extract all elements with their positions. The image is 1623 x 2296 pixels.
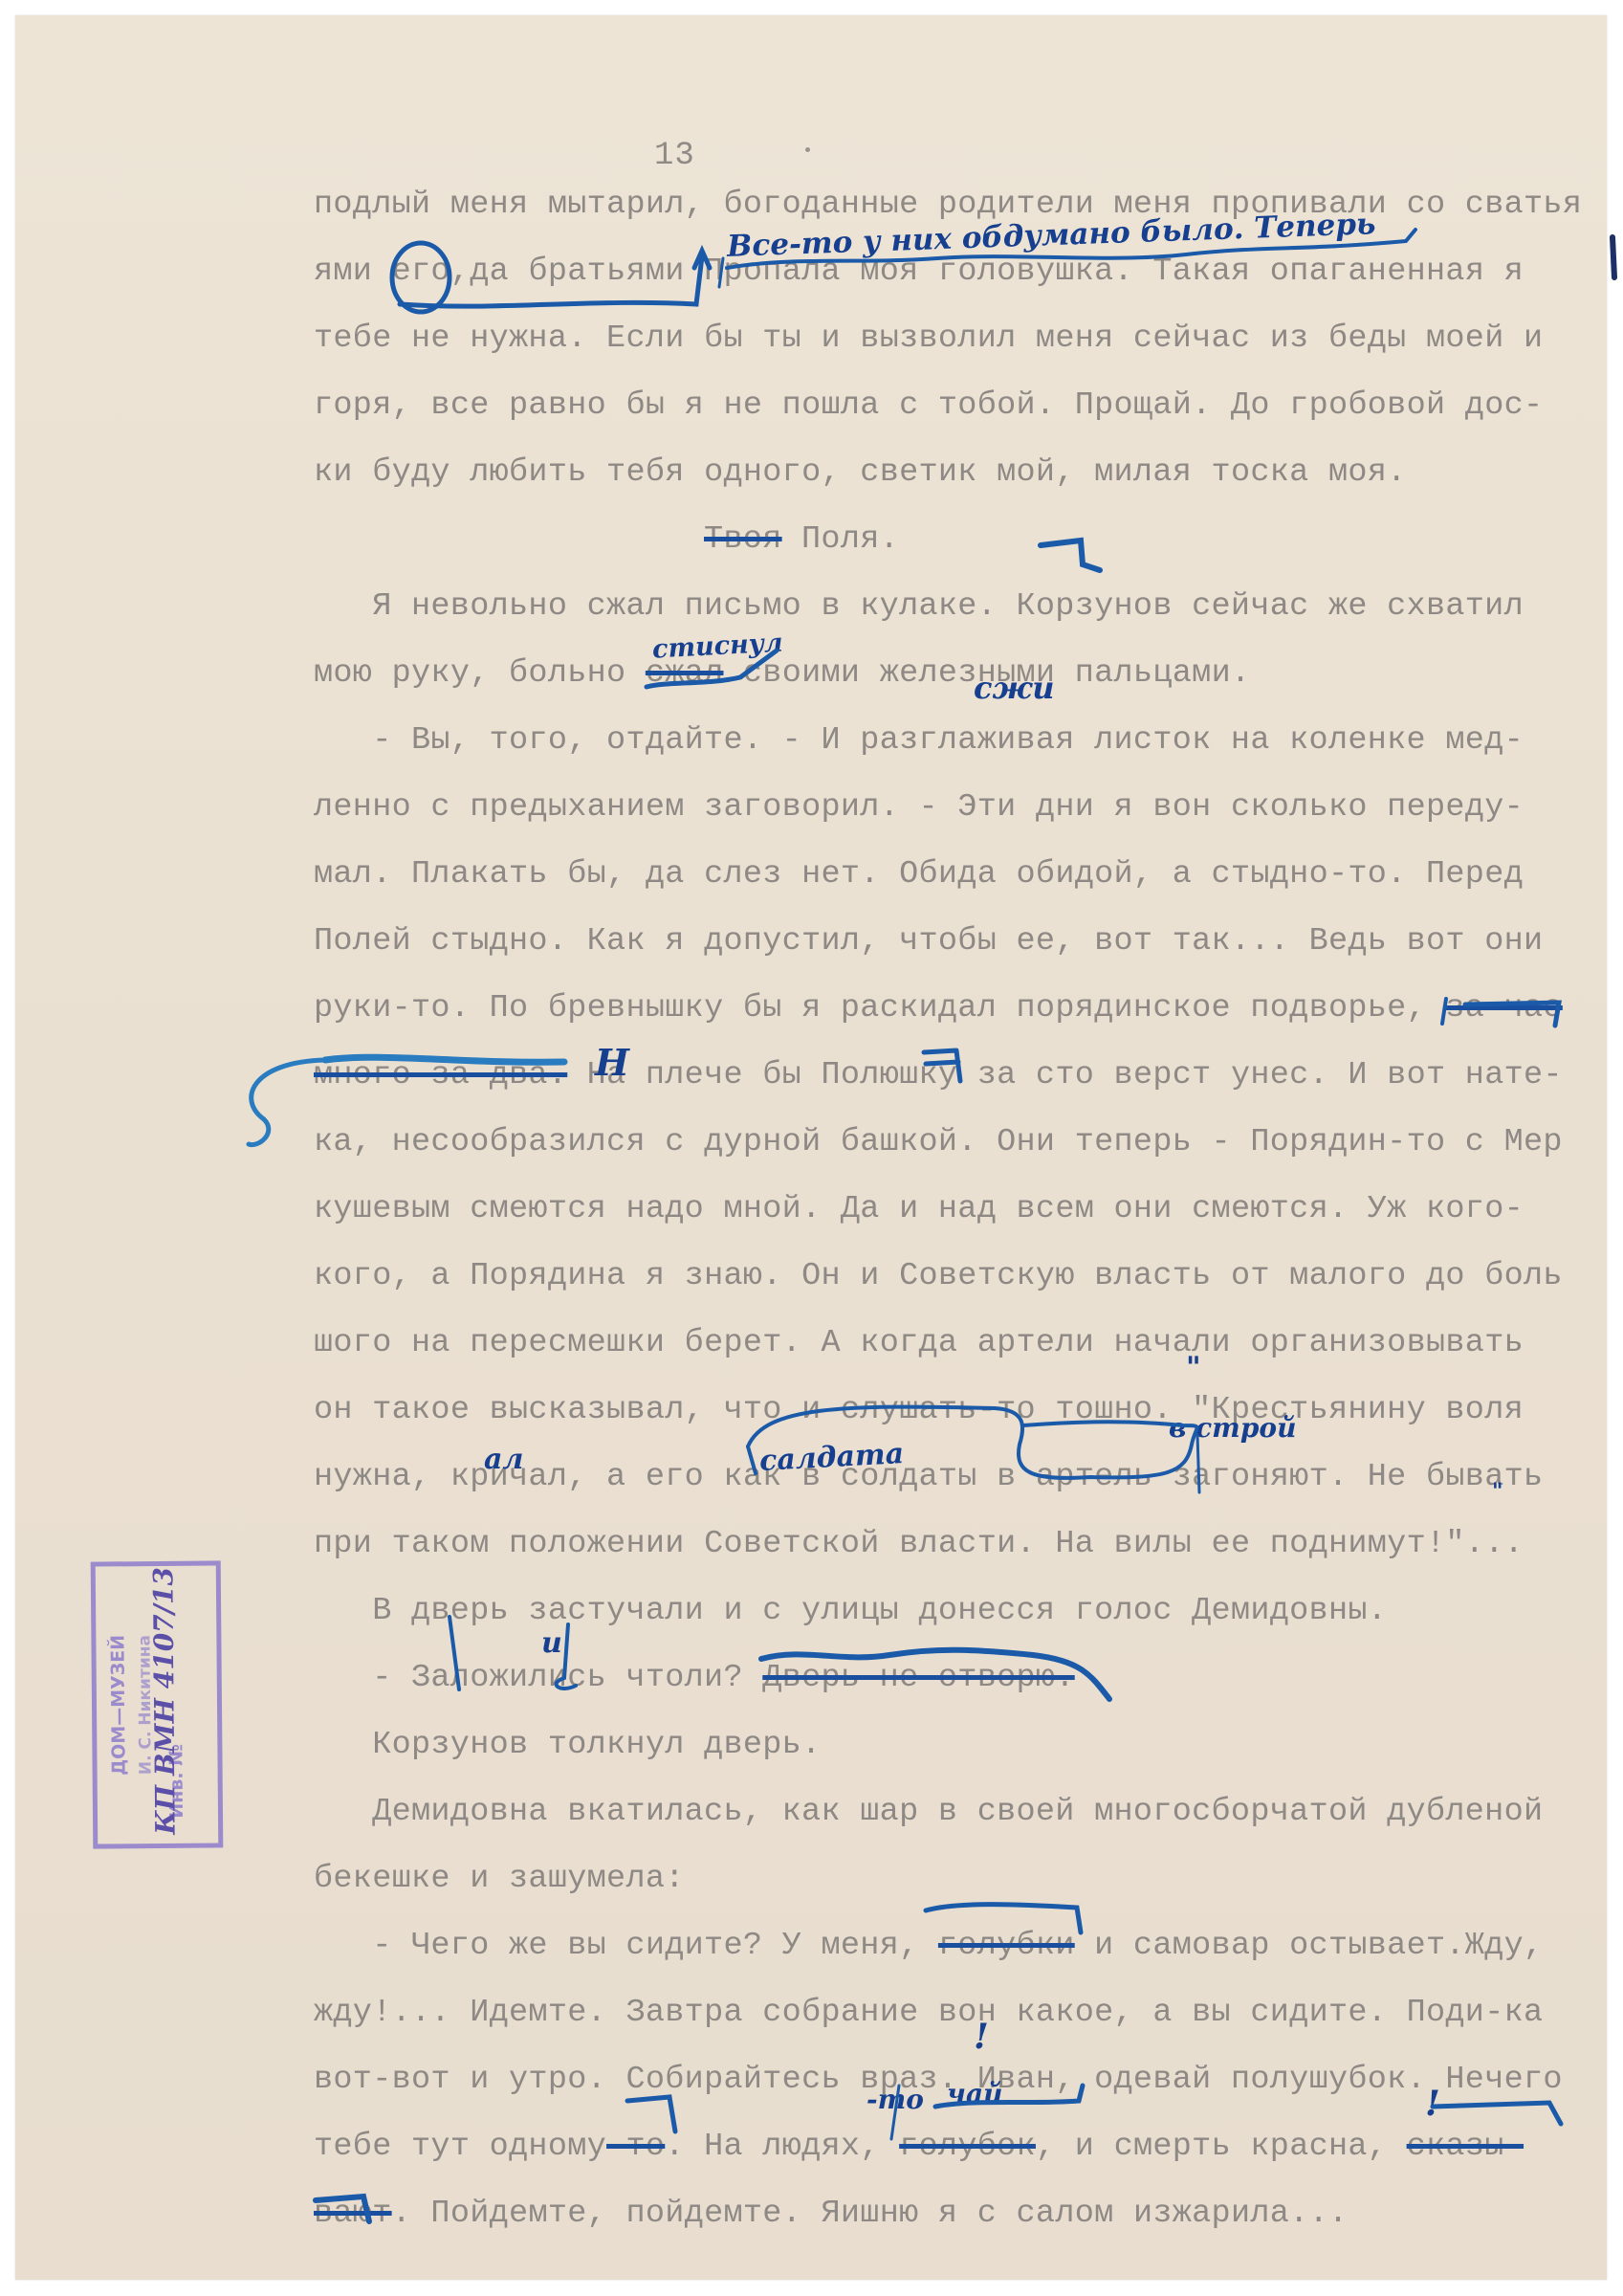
- typed-line: горя, все равно бы я не пошла с тобой. П…: [314, 390, 1543, 423]
- ink-speck: [805, 147, 810, 152]
- text-segment: кушевым смеются надо мной. Да и над всем…: [314, 1191, 1524, 1227]
- struck-text: голубки: [938, 1928, 1075, 1964]
- typed-line: подлый меня мытарил, богоданные родители…: [314, 189, 1582, 222]
- text-segment: тебе не нужна. Если бы ты и вызволил мен…: [314, 320, 1543, 357]
- typed-line: кушевым смеются надо мной. Да и над всем…: [314, 1194, 1524, 1226]
- text-segment: Демидовна вкатилась, как шар в своей мно…: [372, 1794, 1543, 1830]
- typed-line: кого, а Порядина я знаю. Он и Советскую …: [314, 1261, 1563, 1293]
- typed-line: ки буду любить тебя одного, светик мой, …: [314, 457, 1407, 490]
- text-segment: ями: [314, 254, 392, 290]
- handwritten-exclamation-1: !: [974, 2017, 989, 2057]
- handwritten-replacement-i: и: [541, 1626, 562, 1660]
- handwritten-insertion-chai: чай: [947, 2078, 1003, 2109]
- text-segment: шого на пересмешки берет. А когда артели…: [314, 1325, 1524, 1361]
- typed-line: - Заложились чтоли? Дверь не отворю.: [372, 1663, 1075, 1695]
- struck-text: Дверь не отворю.: [762, 1660, 1074, 1696]
- typed-line: тебе не нужна. Если бы ты и вызволил мен…: [314, 323, 1543, 356]
- text-segment: ки буду любить тебя одного, светик мой, …: [314, 454, 1407, 491]
- page-number: 13: [654, 138, 695, 174]
- text-segment: На плече бы Полюшку за сто верст унес. И…: [567, 1057, 1563, 1093]
- text-segment: - Вы, того, отдайте. - И разглаживая лис…: [372, 722, 1524, 759]
- text-segment: Корзунов толкнул дверь.: [372, 1727, 821, 1763]
- handwritten-insertion-v-stroi: в строй: [1169, 1412, 1296, 1444]
- struck-text: за час: [1445, 990, 1562, 1027]
- typed-line: В дверь застучали и с улицы донесся голо…: [372, 1596, 1387, 1628]
- typed-line: Я невольно сжал письмо в кулаке. Корзуно…: [372, 591, 1524, 624]
- handwritten-quote-close: ": [1492, 1479, 1502, 1504]
- typed-line: бекешке и зашумела:: [314, 1864, 685, 1896]
- typed-line: ка, несообразился с дурной башкой. Они т…: [314, 1127, 1563, 1159]
- typed-line: вают. Пойдемте, пойдемте. Яишню я с сало…: [314, 2198, 1348, 2231]
- text-segment: кого, а Порядина я знаю. Он и Советскую …: [314, 1258, 1563, 1294]
- typed-line: вот-вот и утро. Собирайтесь враз. Иван, …: [314, 2064, 1563, 2097]
- text-segment: он такое высказывал, что и слушать-то то…: [314, 1392, 1524, 1428]
- text-segment: - Заложились чтоли?: [372, 1660, 762, 1696]
- struck-text: сказы-: [1407, 2129, 1524, 2165]
- text-segment: . На людях,: [665, 2129, 899, 2165]
- text-segment: руки-то. По бревнышку бы я раскидал поря…: [314, 990, 1407, 1027]
- text-segment: Полей стыдно. Как я допустил, чтобы ее, …: [314, 923, 1543, 960]
- typed-line: руки-то. По бревнышку бы я раскидал поря…: [314, 993, 1563, 1026]
- handwritten-quote-open: ": [1186, 1351, 1201, 1384]
- text-segment: ,: [1407, 990, 1446, 1027]
- text-segment: мал. Плакать бы, да слез нет. Обида обид…: [314, 856, 1524, 893]
- circled-text: его: [392, 254, 450, 290]
- stamp-inventory-number: КП ВМН 4107/13: [147, 1567, 181, 1835]
- typed-line: жду!... Идемте. Завтра собрание вон како…: [314, 1998, 1543, 2030]
- text-segment: ,да братьями: [450, 254, 685, 290]
- handwritten-exclamation-2: !: [1425, 2084, 1440, 2124]
- text-segment: В дверь застучали и с улицы донесся голо…: [372, 1593, 1387, 1629]
- text-segment: мою руку, больно: [314, 655, 646, 692]
- text-segment: бекешке и зашумела:: [314, 1861, 685, 1897]
- handwritten-insertion-al: ал: [484, 1443, 523, 1476]
- typed-line: - Вы, того, отдайте. - И разглаживая лис…: [372, 725, 1524, 758]
- text-segment: . Пойдемте, пойдемте. Яишню я с салом из…: [392, 2196, 1349, 2232]
- struck-text: голубок: [899, 2129, 1036, 2165]
- typed-line: ями его,да братьями Пропала моя головушк…: [314, 256, 1524, 289]
- text-segment: - Чего же вы сидите? У меня,: [372, 1928, 938, 1964]
- typed-line: Корзунов толкнул дверь.: [372, 1730, 821, 1762]
- typed-line: мал. Плакать бы, да слез нет. Обида обид…: [314, 859, 1524, 892]
- handwritten-insertion-szhi: сжи: [974, 670, 1055, 706]
- text-segment: жду!... Идемте. Завтра собрание вон како…: [314, 1995, 1543, 2031]
- typed-line: Твоя Поля.: [704, 524, 899, 557]
- struck-text: вают: [314, 2196, 392, 2232]
- typed-line: много за два. На плече бы Полюшку за сто…: [314, 1060, 1563, 1093]
- text-segment: горя, все равно бы я не пошла с тобой. П…: [314, 387, 1543, 424]
- text-segment: ка, несообразился с дурной башкой. Они т…: [314, 1124, 1563, 1160]
- typed-line: он такое высказывал, что и слушать-то то…: [314, 1395, 1524, 1427]
- typed-line: - Чего же вы сидите? У меня, голубки и с…: [372, 1931, 1543, 1963]
- text-segment: Поля.: [782, 521, 899, 558]
- stamp-museum-label: ДОМ—МУЗЕЙ: [107, 1635, 129, 1776]
- handwritten-insertion-to: -то: [866, 2084, 924, 2115]
- struck-text: Твоя: [704, 521, 782, 558]
- typed-line: шого на пересмешки берет. А когда артели…: [314, 1328, 1524, 1360]
- typed-line: при таком положении Советской власти. На…: [314, 1529, 1524, 1561]
- typed-line: ленно с предыханием заговорил. - Эти дни…: [314, 792, 1524, 825]
- struck-text: -то: [606, 2129, 665, 2165]
- text-segment: тебе тут одному: [314, 2129, 606, 2165]
- handwritten-capital-n: Н: [595, 1041, 629, 1084]
- text-segment: подлый меня мытарил, богоданные родители…: [314, 187, 1582, 223]
- typed-line: мою руку, больно сжал своими железными п…: [314, 658, 1250, 691]
- typed-line: тебе тут одному-то. На людях, голубок, и…: [314, 2131, 1524, 2164]
- text-segment: при таком положении Советской власти. На…: [314, 1526, 1524, 1562]
- text-segment: Я невольно сжал письмо в кулаке. Корзуно…: [372, 588, 1524, 625]
- text-segment: и самовар остывает.Жду,: [1075, 1928, 1544, 1964]
- typed-line: Демидовна вкатилась, как шар в своей мно…: [372, 1797, 1543, 1829]
- text-segment: , и смерть красна,: [1036, 2129, 1407, 2165]
- typed-line: Полей стыдно. Как я допустил, чтобы ее, …: [314, 926, 1543, 959]
- text-segment: вот-вот и утро. Собирайтесь враз. Иван, …: [314, 2062, 1563, 2098]
- struck-text: много за два.: [314, 1057, 567, 1093]
- text-segment: ленно с предыханием заговорил. - Эти дни…: [314, 789, 1524, 826]
- museum-stamp: ДОМ—МУЗЕЙ И. С. Никитина Инв. № КП ВМН 4…: [91, 1560, 224, 1848]
